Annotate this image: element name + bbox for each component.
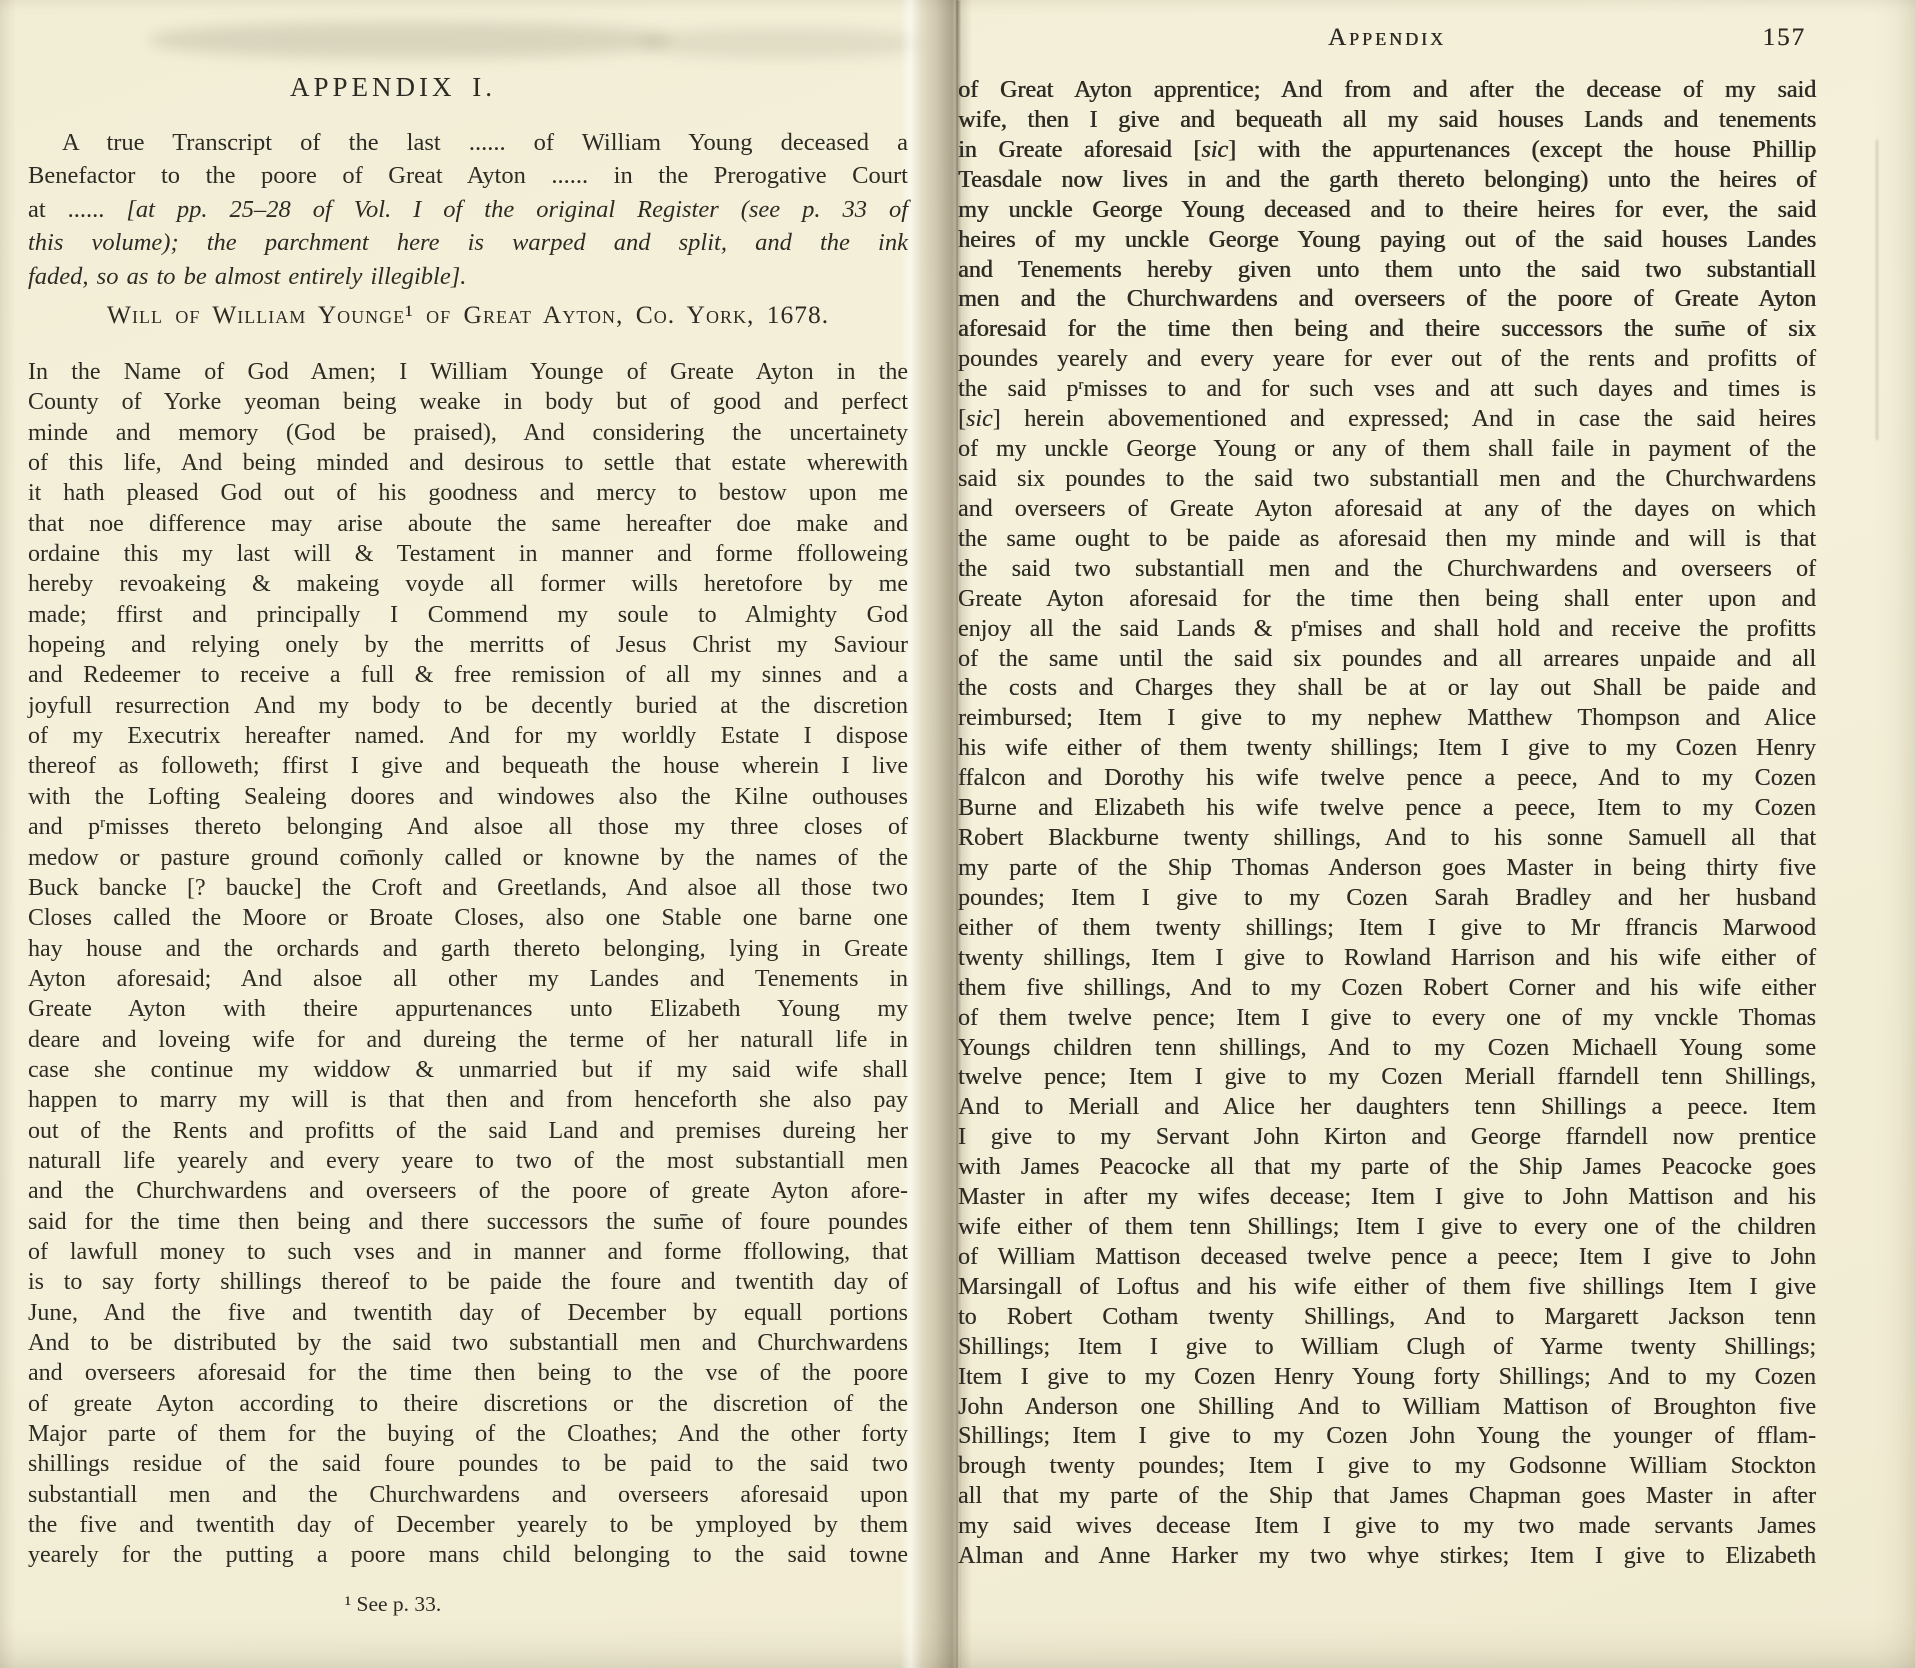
text-line: heires of my unckle George Young paying … <box>958 226 1816 256</box>
appendix-heading: APPENDIX I. <box>28 72 758 103</box>
text-line: faded, so as to be almost entirely illeg… <box>28 260 908 293</box>
text-line: Greate Ayton with theire appurtenances u… <box>28 994 908 1024</box>
text-line: my unckle George Young deceased and to t… <box>958 196 1816 226</box>
text-line: Item I give to my Cozen Henry Young fort… <box>958 1363 1816 1393</box>
text-line: thereof as followeth; ffirst I give and … <box>28 751 908 781</box>
text-line: ffalcon and Dorothy his wife twelve penc… <box>958 764 1816 794</box>
text-line: it hath pleased God out of his goodness … <box>28 478 908 508</box>
text-line: of the same until the said six poundes a… <box>958 645 1816 675</box>
text-line: at ...... [at pp. 25–28 of Vol. I of the… <box>28 193 908 226</box>
text-line: twenty shillings, Item I give to Rowland… <box>958 944 1816 974</box>
text-line: poundes yearely and every yeare for ever… <box>958 345 1816 375</box>
text-line: Burne and Elizabeth his wife twelve penc… <box>958 794 1816 824</box>
page-header: Appendix 157 <box>958 24 1816 58</box>
text-line: County of Yorke yeoman being weake in bo… <box>28 387 908 417</box>
text-line: Benefactor to the poore of Great Ayton .… <box>28 159 908 192</box>
text-line: medow or pasture ground com̄only called … <box>28 843 908 873</box>
text-line: all that my parte of the Ship that James… <box>958 1482 1816 1512</box>
will-text-column-left: In the Name of God Amen; I William Young… <box>28 357 908 1571</box>
will-title: Will of William Younge¹ of Great Ayton, … <box>28 300 908 330</box>
text-line: And to be distributed by the said two su… <box>28 1328 908 1358</box>
text-line: deare and loveing wife for and dureing t… <box>28 1025 908 1055</box>
text-line: substantiall men and the Churchwardens a… <box>28 1480 908 1510</box>
text-line: ordaine this my last will & Testament in… <box>28 539 908 569</box>
text-line: said six poundes to the said two substan… <box>958 465 1816 495</box>
text-line: poundes; Item I give to my Cozen Sarah B… <box>958 884 1816 914</box>
text-line: out of the Rents and profitts of the sai… <box>28 1116 908 1146</box>
book-scan: APPENDIX I. A true Transcript of the las… <box>0 0 1915 1668</box>
text-line: them five shillings, And to my Cozen Rob… <box>958 974 1816 1004</box>
ink-smudge <box>640 28 920 58</box>
text-line: and overseers aforesaid for the time the… <box>28 1358 908 1388</box>
text-line: that noe difference may arise aboute the… <box>28 509 908 539</box>
text-line: minde and memory (God be praised), And c… <box>28 418 908 448</box>
text-line: [sic] herein abovementioned and expresse… <box>958 405 1816 435</box>
text-line: my parte of the Ship Thomas Anderson goe… <box>958 854 1816 884</box>
text-line: with James Peacocke all that my parte of… <box>958 1153 1816 1183</box>
text-line: this volume); the parchment here is warp… <box>28 226 908 259</box>
text-line: the costs and Charges they shall be at o… <box>958 674 1816 704</box>
text-line: Marsingall of Loftus and his wife either… <box>958 1273 1816 1303</box>
text-line: is to say forty shillings thereof to be … <box>28 1267 908 1297</box>
text-line: and overseers of Greate Ayton aforesaid … <box>958 495 1816 525</box>
text-line: either of them twenty shillings; Item I … <box>958 914 1816 944</box>
text-line: Robert Blackburne twenty shillings, And … <box>958 824 1816 854</box>
text-line: the five and twentith day of December ye… <box>28 1510 908 1540</box>
text-line: Shillings; Item I give to my Cozen John … <box>958 1422 1816 1452</box>
text-line: and Tenements hereby given unto them unt… <box>958 256 1816 286</box>
text-line: enjoy all the said Lands & prmises and s… <box>958 615 1816 645</box>
text-line: to Robert Cotham twenty Shillings, And t… <box>958 1303 1816 1333</box>
text-line: In the Name of God Amen; I William Young… <box>28 357 908 387</box>
running-title: Appendix <box>958 24 1816 52</box>
text-line: I give to my Servant John Kirton and Geo… <box>958 1123 1816 1153</box>
text-line: Ayton aforesaid; And alsoe all other my … <box>28 964 908 994</box>
text-line: of greate Ayton according to theire disc… <box>28 1389 908 1419</box>
text-line: Greate Ayton aforesaid for the time then… <box>958 585 1816 615</box>
text-line: aforesaid for the time then being and th… <box>958 315 1816 345</box>
text-line: and the Churchwardens and overseers of t… <box>28 1176 908 1206</box>
text-line: twelve pence; Item I give to my Cozen Me… <box>958 1063 1816 1093</box>
text-line: naturall life yearely and every yeare to… <box>28 1146 908 1176</box>
text-line: wife either of them tenn Shillings; Item… <box>958 1213 1816 1243</box>
text-line: reimbursed; Item I give to my nephew Mat… <box>958 704 1816 734</box>
text-line: Buck bancke [? baucke] the Croft and Gre… <box>28 873 908 903</box>
text-line: case she continue my widdow & unmarried … <box>28 1055 908 1085</box>
text-line: joyfull resurrection And my body to be d… <box>28 691 908 721</box>
text-line: yearely for the putting a poore mans chi… <box>28 1540 908 1570</box>
text-line: of them twelve pence; Item I give to eve… <box>958 1004 1816 1034</box>
text-line: in Greate aforesaid [sic] with the appur… <box>958 136 1816 166</box>
will-text-column-right: of Great Ayton apprentice; And from and … <box>958 76 1816 1572</box>
text-line: wife, then I give and bequeath all my sa… <box>958 106 1816 136</box>
text-line: my said wives decease Item I give to my … <box>958 1512 1816 1542</box>
text-line: Closes called the Moore or Broate Closes… <box>28 903 908 933</box>
text-line: happen to marry my will is that then and… <box>28 1085 908 1115</box>
text-line: Teasdale now lives in and the garth ther… <box>958 166 1816 196</box>
text-line: And to Meriall and Alice her daughters t… <box>958 1093 1816 1123</box>
text-line: of this life, And being minded and desir… <box>28 448 908 478</box>
text-line: his wife either of them twenty shillings… <box>958 734 1816 764</box>
text-line: and prmisses thereto belonging And alsoe… <box>28 812 908 842</box>
page-edge-crease <box>1876 140 1878 440</box>
text-line: hopeing and relying onely by the merritt… <box>28 630 908 660</box>
text-line: with the Lofting Sealeing doores and win… <box>28 782 908 812</box>
text-line: John Anderson one Shilling And to Willia… <box>958 1393 1816 1423</box>
text-line: A true Transcript of the last ...... of … <box>28 126 908 159</box>
text-line: shillings residue of the said foure poun… <box>28 1449 908 1479</box>
text-line: the same ought to be paide as aforesaid … <box>958 525 1816 555</box>
text-line: of William Mattison deceased twelve penc… <box>958 1243 1816 1273</box>
ink-smudge <box>150 22 670 58</box>
text-line: the said prmisses to and for such vses a… <box>958 375 1816 405</box>
transcript-intro: A true Transcript of the last ...... of … <box>28 126 908 293</box>
text-line: June, And the five and twentith day of D… <box>28 1298 908 1328</box>
page-edge-shadow <box>0 0 16 1668</box>
text-line: brough twenty poundes; Item I give to my… <box>958 1452 1816 1482</box>
text-line: Alman and Anne Harker my two whye stirke… <box>958 1542 1816 1572</box>
footnote: ¹ See p. 33. <box>28 1592 758 1617</box>
text-line: Master in after my wifes decease; Item I… <box>958 1183 1816 1213</box>
text-line: of my unckle George Young or any of them… <box>958 435 1816 465</box>
text-line: men and the Churchwardens and overseers … <box>958 285 1816 315</box>
text-line: of my Executrix hereafter named. And for… <box>28 721 908 751</box>
text-line: Shillings; Item I give to William Clugh … <box>958 1333 1816 1363</box>
text-line: Youngs children tenn shillings, And to m… <box>958 1034 1816 1064</box>
text-line: made; ffirst and principally I Commend m… <box>28 600 908 630</box>
text-line: said for the time then being and there s… <box>28 1207 908 1237</box>
text-line: hay house and the orchards and garth the… <box>28 934 908 964</box>
text-line: the said two substantiall men and the Ch… <box>958 555 1816 585</box>
page-gutter-shadow <box>900 0 958 1668</box>
text-line: of Great Ayton apprentice; And from and … <box>958 76 1816 106</box>
page-number: 157 <box>1763 24 1807 52</box>
text-line: of lawfull money to such vses and in man… <box>28 1237 908 1267</box>
text-line: Major parte of them for the buying of th… <box>28 1419 908 1449</box>
text-line: and Redeemer to receive a full & free re… <box>28 660 908 690</box>
text-line: hereby revoakeing & makeing voyde all fo… <box>28 569 908 599</box>
